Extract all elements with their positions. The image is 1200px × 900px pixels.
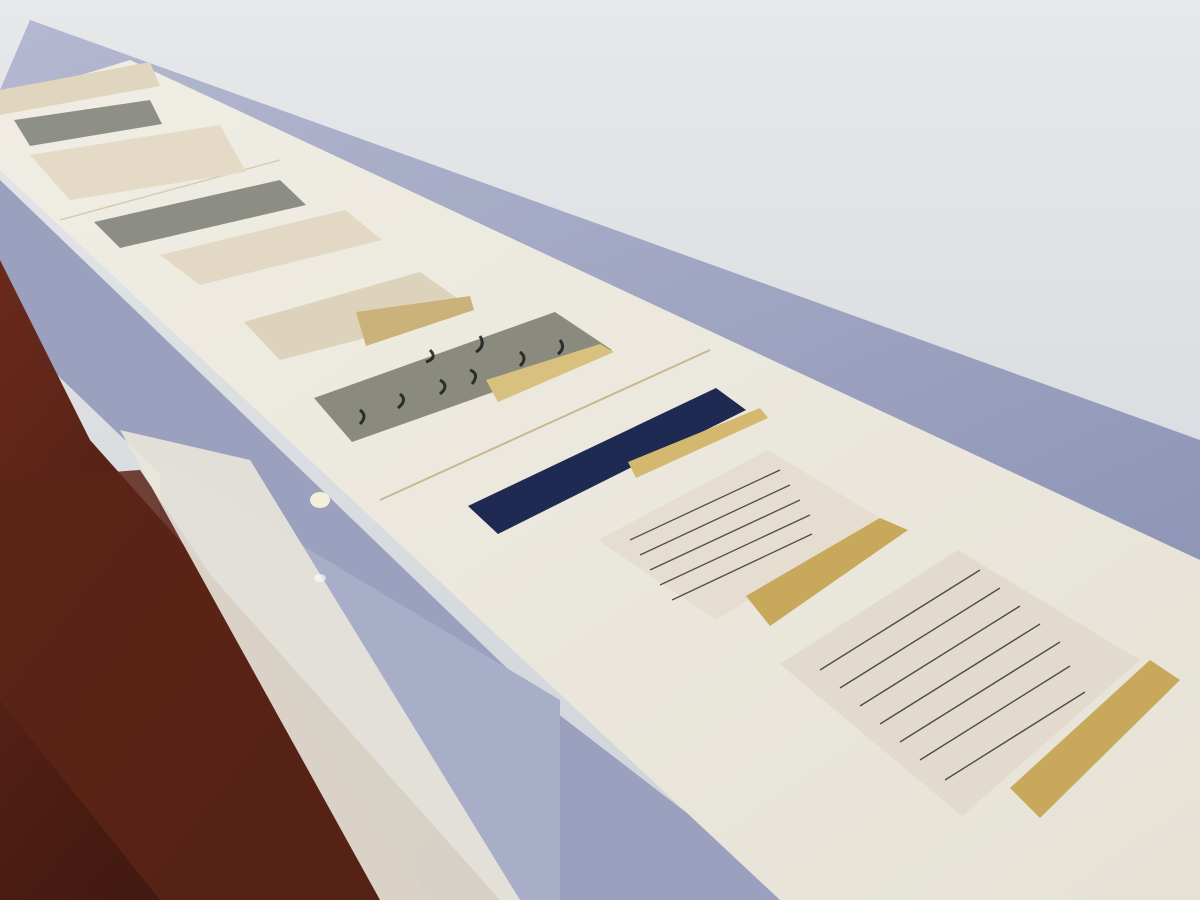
display-case-illustration: [0, 0, 1200, 900]
museum-display-photo: [0, 0, 1200, 900]
